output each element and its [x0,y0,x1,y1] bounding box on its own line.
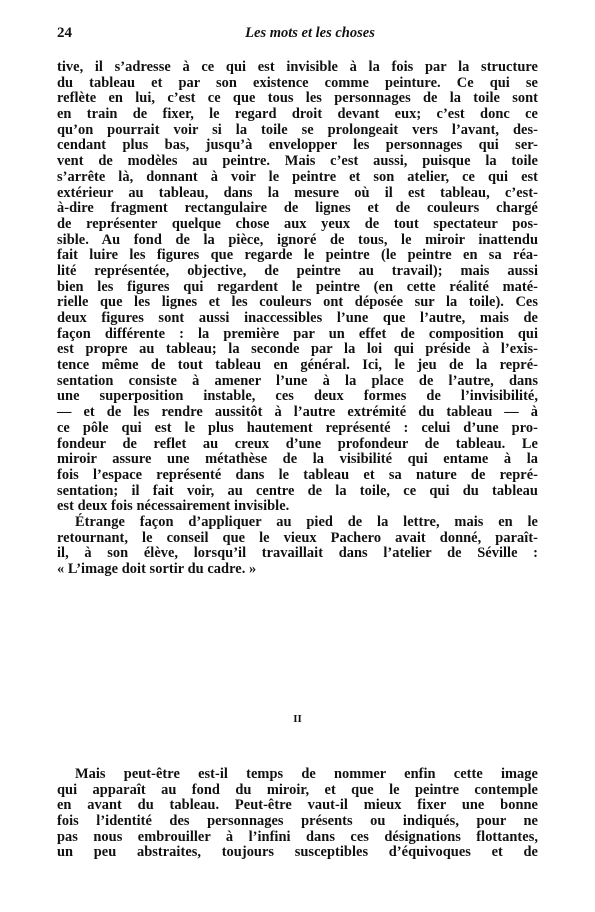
text-line: s’arrête là, donnant à voir le peintre e… [57,170,538,186]
text-line: un peu abstraites, toujours susceptibles… [57,845,538,861]
text-line: rielle que les lignes et les couleurs on… [57,295,538,311]
text-line: tive, il s’adresse à ce qui est invisibl… [57,60,538,76]
text-line: tence même de tout tableau en général. I… [57,358,538,374]
text-line: fondeur de reflet au creux d’une profond… [57,437,538,453]
text-line: de représenter quelque chose aux yeux de… [57,217,538,233]
section-number: II [0,713,595,725]
text-line: ce pôle qui est le plus hautement représ… [57,421,538,437]
text-line: miroir assure une métathèse de la visibi… [57,452,538,468]
text-line: reflète en lui, c’est ce que tous les pe… [57,91,538,107]
text-line: qu’on pourrait voir si la toile se prolo… [57,123,538,139]
text-line: Étrange façon d’appliquer au pied de la … [57,515,538,531]
text-line: pas nous embrouiller à l’infini dans ces… [57,830,538,846]
text-line: lité représentée, objective, de peintre … [57,264,538,280]
text-line: fois l’identité des personnages présents… [57,814,538,830]
body-text-lower: Mais peut-être est-il temps de nommer en… [57,767,538,861]
text-line: bien les figures qui regardent le peintr… [57,280,538,296]
text-line: « L’image doit sortir du cadre. » [57,562,538,578]
text-line: cendant plus bas, jusqu’à envelopper les… [57,138,538,154]
body-text-upper: tive, il s’adresse à ce qui est invisibl… [57,60,538,578]
text-line: qui apparaît au fond du miroir, et que l… [57,783,538,799]
text-line: vent de modèles au peintre. Mais c’est a… [57,154,538,170]
text-line: deux figures sont aussi inaccessibles l’… [57,311,538,327]
text-line: en avant du tableau. Peut-être vaut-il m… [57,798,538,814]
text-line: est deux fois nécessairement invisible. [57,499,538,515]
text-line: fois l’espace représenté dans le tableau… [57,468,538,484]
text-line: sentation; il fait voir, au centre de la… [57,484,538,500]
text-line: retournant, le conseil que le vieux Pach… [57,531,538,547]
text-line: sentation consiste à amener l’une à la p… [57,374,538,390]
running-title: Les mots et les choses [0,25,595,42]
text-line: — et de les rendre aussitôt à l’autre ex… [57,405,538,421]
text-line: il, à son élève, lorsqu’il travaillait d… [57,546,538,562]
text-line: extérieur au tableau, dans la mesure où … [57,186,538,202]
text-line: du tableau et par son existence comme pe… [57,76,538,92]
text-line: fait luire les figures que regarde le pe… [57,248,538,264]
text-line: sible. Au fond de la pièce, ignoré de to… [57,233,538,249]
text-line: Mais peut-être est-il temps de nommer en… [57,767,538,783]
text-line: façon différente : la première par un ef… [57,327,538,343]
text-line: en train de fixer, le regard droit devan… [57,107,538,123]
text-line: une superposition instable, ces deux for… [57,389,538,405]
text-line: à-dire fragment rectangulaire de lignes … [57,201,538,217]
text-line: est propre au tableau; la seconde par la… [57,342,538,358]
